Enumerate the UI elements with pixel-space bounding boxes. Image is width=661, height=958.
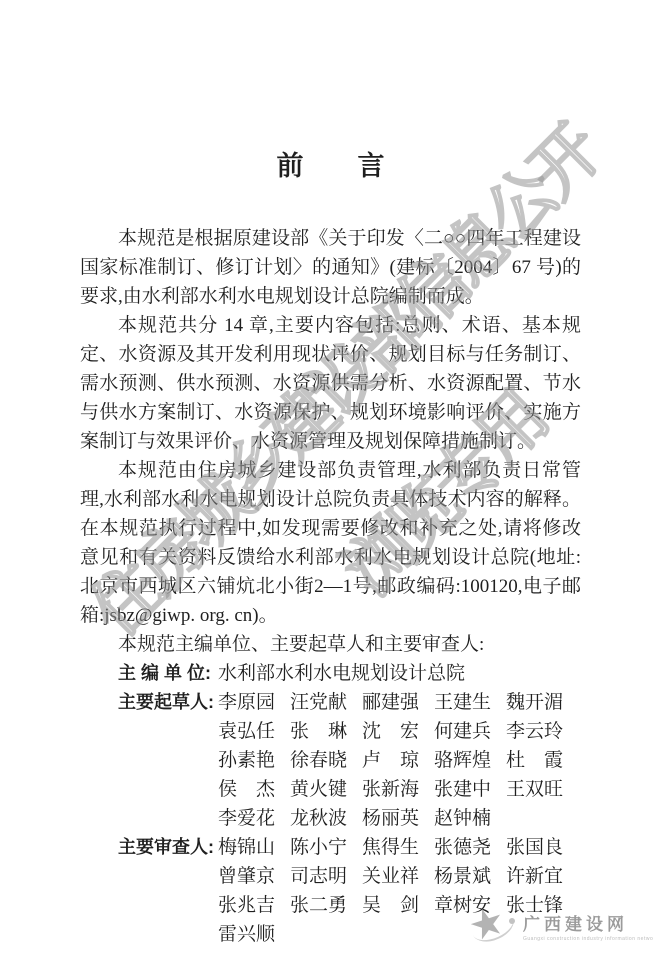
- reviewer-name: 张国良: [506, 833, 578, 862]
- document-page: 住房城乡建设部信息公开 浏览专用 前 言 本规范是根据原建设部《关于印发〈二○○…: [0, 0, 661, 958]
- drafter-name: 郦建强: [362, 688, 434, 717]
- reviewer-name: 梅锦山: [218, 833, 290, 862]
- drafters-grid-row: 李爱花 龙秋波 杨丽英 赵钟楠: [218, 804, 581, 833]
- logo-text: 广西建设网 Guangxi construction industry info…: [523, 910, 653, 942]
- drafter-name: 李爱花: [218, 804, 290, 833]
- reviewer-name: 张兆吉: [218, 891, 290, 920]
- reviewers-grid-row: 曾肇京 司志明 关业祥 杨景斌 许新宜: [218, 862, 581, 891]
- drafter-name: 杜 霞: [506, 746, 578, 775]
- drafters-label: 主要起草人:: [118, 688, 218, 717]
- paragraph-credits-intro: 本规范主编单位、主要起草人和主要审查人:: [80, 630, 581, 659]
- drafter-name: 杨丽英: [362, 804, 434, 833]
- reviewer-name: 吴 剑: [362, 891, 434, 920]
- drafter-name: 龙秋波: [290, 804, 362, 833]
- logo-tagline: Guangxi construction industry informatio…: [523, 936, 653, 942]
- reviewer-name: 许新宜: [506, 862, 578, 891]
- drafter-name: 张 琳: [290, 717, 362, 746]
- drafter-name: 赵钟楠: [434, 804, 506, 833]
- chief-editor-row: 主 编 单 位: 水利部水利水电规划设计总院: [80, 659, 581, 688]
- drafters-grid-row: 孙素艳 徐春晓 卢 琼 骆辉煌 杜 霞: [218, 746, 581, 775]
- paragraph-management: 本规范由住房城乡建设部负责管理,水利部负责日常管理,水利部水利水电规划设计总院负…: [80, 456, 581, 630]
- reviewer-name: 焦得生: [362, 833, 434, 862]
- drafter-name: 王双旺: [506, 775, 578, 804]
- reviewer-name: 雷兴顺: [218, 920, 290, 949]
- reviewers-label: 主要审查人:: [118, 833, 218, 862]
- paragraph-basis: 本规范是根据原建设部《关于印发〈二○○四年工程建设国家标准制订、修订计划〉的通知…: [80, 224, 581, 311]
- document-body: 本规范是根据原建设部《关于印发〈二○○四年工程建设国家标准制订、修订计划〉的通知…: [80, 224, 581, 949]
- drafters-grid-row: 侯 杰 黄火键 张新海 张建中 王双旺: [218, 775, 581, 804]
- paragraph-contents: 本规范共分 14 章,主要内容包括:总则、术语、基本规定、水资源及其开发利用现状…: [80, 311, 581, 456]
- reviewer-name: 陈小宁: [290, 833, 362, 862]
- drafter-name: 张新海: [362, 775, 434, 804]
- drafter-name: 沈 宏: [362, 717, 434, 746]
- reviewer-name: 司志明: [290, 862, 362, 891]
- drafter-name: 黄火键: [290, 775, 362, 804]
- chief-editor-label: 主 编 单 位:: [118, 659, 218, 688]
- reviewer-name: 曾肇京: [218, 862, 290, 891]
- drafter-name: 侯 杰: [218, 775, 290, 804]
- site-logo: ★ 广西建设网 Guangxi construction industry in…: [469, 904, 653, 948]
- drafter-name: 汪党献: [290, 688, 362, 717]
- drafter-name: 孙素艳: [218, 746, 290, 775]
- drafter-name: 李原园: [218, 688, 290, 717]
- reviewer-name: 张德尧: [434, 833, 506, 862]
- drafters-grid: 李原园 汪党献 郦建强 王建生 魏开湄 袁弘任 张 琳 沈 宏 何建兵 李云玲 …: [218, 688, 581, 833]
- drafters-grid-row: 李原园 汪党献 郦建强 王建生 魏开湄: [218, 688, 581, 717]
- drafter-name: 卢 琼: [362, 746, 434, 775]
- drafter-name: 何建兵: [434, 717, 506, 746]
- chief-editor-value: 水利部水利水电规划设计总院: [218, 659, 465, 688]
- drafter-name: 魏开湄: [506, 688, 578, 717]
- drafter-name: 袁弘任: [218, 717, 290, 746]
- reviewer-name: 关业祥: [362, 862, 434, 891]
- drafters-grid-row: 袁弘任 张 琳 沈 宏 何建兵 李云玲: [218, 717, 581, 746]
- reviewers-grid-row: 梅锦山 陈小宁 焦得生 张德尧 张国良: [218, 833, 581, 862]
- drafter-name: 骆辉煌: [434, 746, 506, 775]
- reviewer-name: 张二勇: [290, 891, 362, 920]
- drafter-name: 李云玲: [506, 717, 578, 746]
- drafter-name: 张建中: [434, 775, 506, 804]
- star-icon: ★: [469, 904, 519, 948]
- star-dot-icon: [509, 918, 515, 924]
- drafter-name: 徐春晓: [290, 746, 362, 775]
- drafter-name: 王建生: [434, 688, 506, 717]
- page-title: 前 言: [0, 144, 661, 183]
- reviewer-name: 杨景斌: [434, 862, 506, 891]
- drafters-row: 主要起草人: 李原园 汪党献 郦建强 王建生 魏开湄 袁弘任 张 琳 沈 宏 何…: [80, 688, 581, 833]
- logo-name: 广西建设网: [523, 910, 653, 935]
